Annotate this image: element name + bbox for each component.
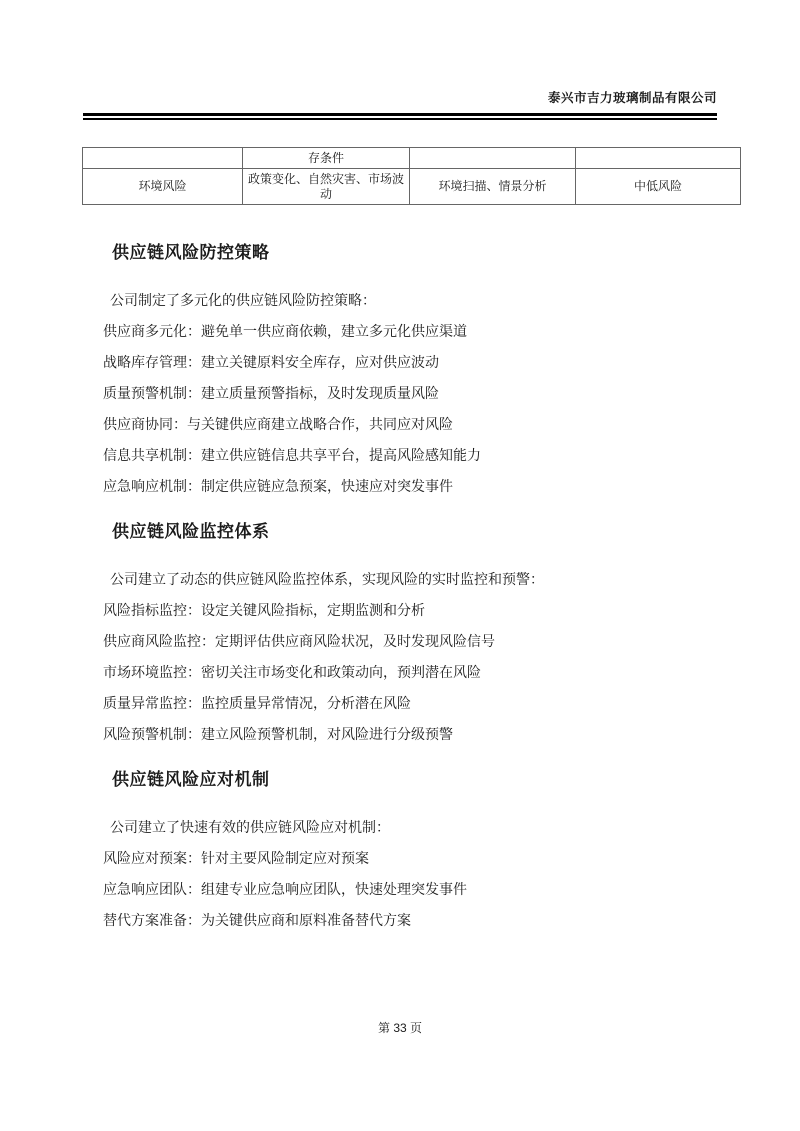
section-title: 供应链风险应对机制 — [112, 770, 717, 790]
list-item: 质量预警机制：建立质量预警指标，及时发现质量风险 — [103, 386, 717, 401]
page-number: 第 33 页 — [0, 1021, 800, 1036]
list-item: 供应商协同：与关键供应商建立战略合作，共同应对风险 — [103, 417, 717, 432]
table-row: 存条件 — [83, 148, 741, 169]
list-item: 应急响应团队：组建专业应急响应团队，快速处理突发事件 — [103, 882, 717, 897]
section-intro: 公司制定了多元化的供应链风险防控策略： — [110, 292, 717, 308]
list-item: 战略库存管理：建立关键原料安全库存，应对供应波动 — [103, 355, 717, 370]
list-item: 市场环境监控：密切关注市场变化和政策动向，预判潜在风险 — [103, 665, 717, 680]
table-cell — [83, 148, 243, 169]
list-item: 风险应对预案：针对主要风险制定应对预案 — [103, 851, 717, 866]
section-monitoring-system: 供应链风险监控体系 公司建立了动态的供应链风险监控体系，实现风险的实时监控和预警… — [83, 522, 717, 742]
table-cell: 环境风险 — [83, 169, 243, 205]
section-response-mechanism: 供应链风险应对机制 公司建立了快速有效的供应链风险应对机制： 风险应对预案：针对… — [83, 770, 717, 928]
section-title: 供应链风险监控体系 — [112, 522, 717, 542]
document-page: 泰兴市吉力玻璃制品有限公司 存条件 环境风险 政策变化、自然灾害、市场波动 环境… — [0, 0, 800, 1131]
risk-table: 存条件 环境风险 政策变化、自然灾害、市场波动 环境扫描、情景分析 中低风险 — [82, 147, 741, 205]
table-cell — [410, 148, 576, 169]
monitoring-list: 风险指标监控：设定关键风险指标，定期监测和分析 供应商风险监控：定期评估供应商风… — [83, 603, 717, 742]
section-intro: 公司建立了快速有效的供应链风险应对机制： — [110, 819, 717, 835]
list-item: 风险指标监控：设定关键风险指标，定期监测和分析 — [103, 603, 717, 618]
table-cell: 环境扫描、情景分析 — [410, 169, 576, 205]
strategy-list: 供应商多元化：避免单一供应商依赖，建立多元化供应渠道 战略库存管理：建立关键原料… — [83, 324, 717, 494]
list-item: 信息共享机制：建立供应链信息共享平台，提高风险感知能力 — [103, 448, 717, 463]
section-intro: 公司建立了动态的供应链风险监控体系，实现风险的实时监控和预警： — [110, 571, 717, 587]
list-item: 质量异常监控：监控质量异常情况，分析潜在风险 — [103, 696, 717, 711]
table-cell: 政策变化、自然灾害、市场波动 — [243, 169, 410, 205]
header-company-name: 泰兴市吉力玻璃制品有限公司 — [83, 0, 717, 105]
section-title: 供应链风险防控策略 — [112, 243, 717, 263]
table-cell: 存条件 — [243, 148, 410, 169]
section-prevention-strategy: 供应链风险防控策略 公司制定了多元化的供应链风险防控策略： 供应商多元化：避免单… — [83, 243, 717, 494]
list-item: 风险预警机制：建立风险预警机制，对风险进行分级预警 — [103, 727, 717, 742]
table-cell: 中低风险 — [576, 169, 741, 205]
table-row: 环境风险 政策变化、自然灾害、市场波动 环境扫描、情景分析 中低风险 — [83, 169, 741, 205]
list-item: 供应商多元化：避免单一供应商依赖，建立多元化供应渠道 — [103, 324, 717, 339]
header-divider — [83, 113, 717, 120]
table-cell — [576, 148, 741, 169]
list-item: 应急响应机制：制定供应链应急预案，快速应对突发事件 — [103, 479, 717, 494]
response-list: 风险应对预案：针对主要风险制定应对预案 应急响应团队：组建专业应急响应团队，快速… — [83, 851, 717, 928]
list-item: 替代方案准备：为关键供应商和原料准备替代方案 — [103, 913, 717, 928]
list-item: 供应商风险监控：定期评估供应商风险状况，及时发现风险信号 — [103, 634, 717, 649]
